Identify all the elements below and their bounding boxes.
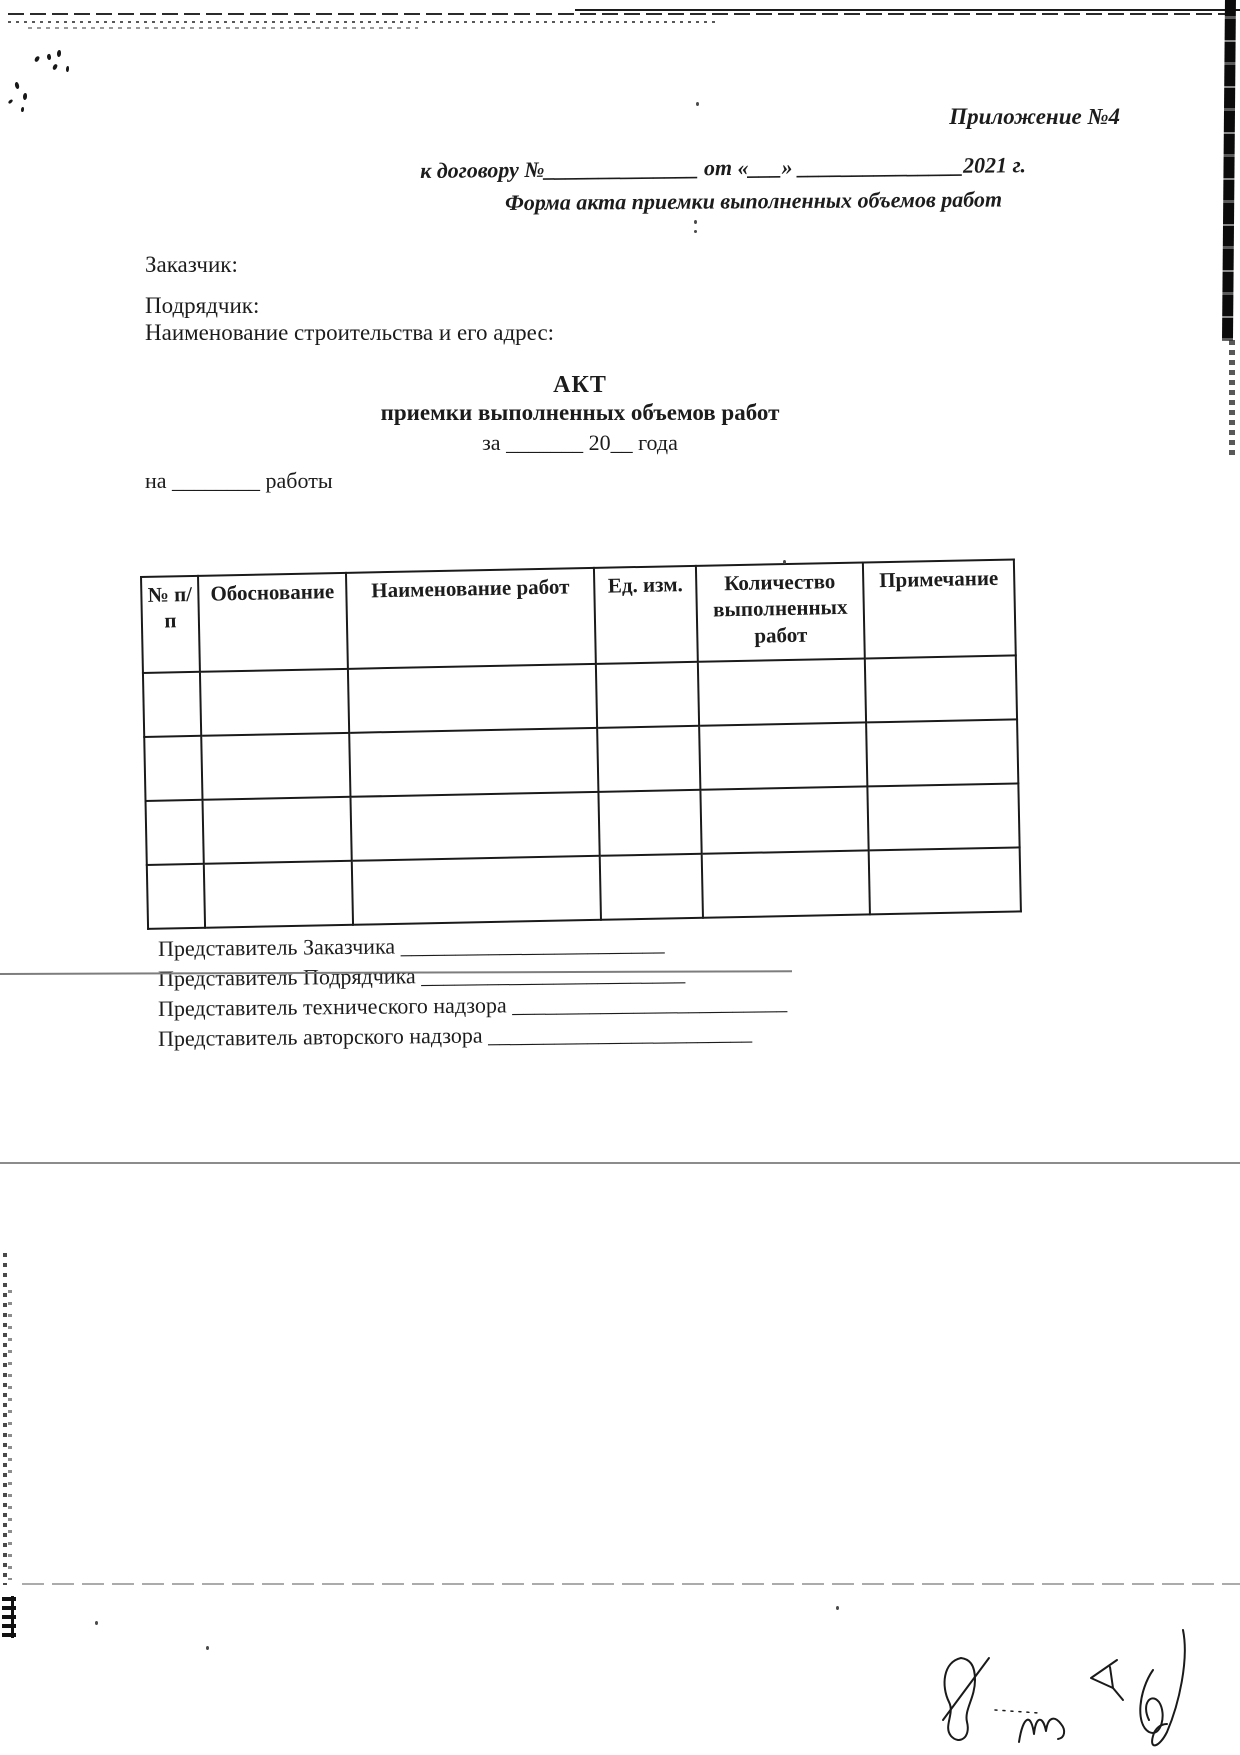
table-cell [200, 669, 349, 736]
act-subtitle: приемки выполненных объемов работ [140, 400, 1020, 426]
ink-blot [23, 93, 27, 100]
col-header-quantity: Количество выполненных работ [696, 562, 865, 661]
table-cell [597, 726, 700, 792]
table-header-row: № п/п Обоснование Наименование работ Ед.… [141, 559, 1016, 673]
table-cell [203, 797, 352, 864]
works-table-container: № п/п Обоснование Наименование работ Ед.… [140, 558, 1022, 929]
signature-blank: ________________________ [488, 1020, 752, 1048]
ink-blot [57, 50, 61, 57]
table-cell [147, 864, 205, 929]
table-cell [350, 792, 599, 861]
scan-speck [694, 220, 697, 224]
ink-blot [46, 54, 51, 61]
table-cell [349, 728, 598, 797]
scan-speck [206, 1646, 209, 1650]
table-cell [866, 719, 1018, 786]
table-cell [204, 861, 353, 928]
scan-line-dashed-bottom [22, 1583, 1240, 1585]
signatory-row-customer: Представитель Заказчика ________________… [158, 931, 665, 962]
signatory-row-author-supervision: Представитель авторского надзора _______… [158, 1020, 752, 1052]
col-header-number: № п/п [141, 576, 200, 673]
signature-blank: ________________________ [400, 931, 664, 959]
scan-edge-left-strip-2 [8, 1290, 12, 1580]
ink-blot [66, 66, 69, 72]
signatory-row-contractor: Представитель Подрядчика _______________… [158, 960, 685, 992]
contractor-label: Подрядчик: [145, 293, 259, 319]
table-cell [348, 664, 597, 733]
signatory-label: Представитель авторского надзора [158, 1023, 483, 1051]
form-title: Форма акта приемки выполненных объемов р… [505, 187, 1002, 216]
scan-edge-top-dots [8, 21, 718, 23]
signature-marks [885, 1612, 1215, 1755]
table-cell [600, 854, 703, 920]
scan-edge-top-solid [575, 9, 1240, 11]
scan-line-full [0, 1162, 1240, 1164]
table-cell [699, 722, 867, 789]
document-page: { "colors": { "paper": "#ffffff", "ink":… [0, 0, 1240, 1755]
signature-stroke [1113, 1688, 1123, 1700]
table-cell [702, 850, 870, 917]
scan-edge-right-strip [1222, 0, 1236, 341]
works-table: № п/п Обоснование Наименование работ Ед.… [140, 558, 1022, 929]
col-header-work-name: Наименование работ [346, 568, 596, 669]
table-cell [598, 790, 701, 856]
table-cell [867, 783, 1019, 850]
act-period-line: за _______ 20__ года [140, 430, 1020, 456]
construction-label: Наименование строительства и его адрес: [145, 320, 554, 346]
scan-edge-top-dots-2 [28, 27, 418, 29]
col-header-basis: Обоснование [198, 573, 348, 672]
signature-stroke [943, 1658, 989, 1720]
signature-stroke [1140, 1670, 1162, 1733]
scan-edge-right-strip-tail [1229, 340, 1235, 460]
ink-blot [52, 63, 58, 70]
signature-stroke [995, 1710, 1039, 1713]
signature-blank: _________________________ [512, 989, 787, 1017]
appendix-note: Приложение №4 [0, 104, 1120, 130]
ink-blot [34, 55, 40, 62]
signatory-label: Представитель Подрядчика [158, 963, 416, 991]
table-cell [143, 672, 201, 737]
signature-stroke [1019, 1719, 1064, 1742]
scan-speck [696, 102, 699, 106]
signature-stroke [1152, 1630, 1185, 1745]
act-works-line: на ________ работы [145, 468, 333, 494]
col-header-unit: Ед. изм. [594, 566, 698, 664]
signatory-label: Представитель технического надзора [158, 992, 507, 1021]
col-header-note: Примечание [863, 559, 1016, 658]
table-cell [596, 662, 699, 728]
table-cell [700, 786, 868, 853]
scan-edge-top-dashes [8, 13, 1232, 15]
table-cell [698, 658, 866, 725]
table-cell [352, 856, 601, 925]
act-title: АКТ [140, 372, 1020, 399]
table-cell [865, 655, 1017, 722]
table-cell [869, 847, 1021, 914]
table-cell [146, 800, 204, 865]
scan-edge-left-strip [3, 1253, 7, 1585]
customer-label: Заказчик: [145, 252, 238, 278]
scan-speck [694, 230, 697, 233]
contract-line: к договору №______________ от «___» ____… [420, 152, 1026, 184]
scan-speck [836, 1606, 839, 1610]
scan-speck [783, 560, 786, 564]
signatory-row-tech-supervision: Представитель технического надзора _____… [158, 989, 787, 1022]
works-table-body [143, 655, 1021, 928]
signatory-label: Представитель Заказчика [158, 934, 395, 961]
signature-blank: ________________________ [421, 960, 685, 988]
scan-edge-left-bar-vertical [11, 1596, 14, 1638]
ink-blot [14, 82, 20, 90]
scan-speck [95, 1621, 98, 1625]
signature-stroke [1091, 1660, 1117, 1688]
table-cell [201, 733, 350, 800]
table-cell [144, 736, 202, 801]
